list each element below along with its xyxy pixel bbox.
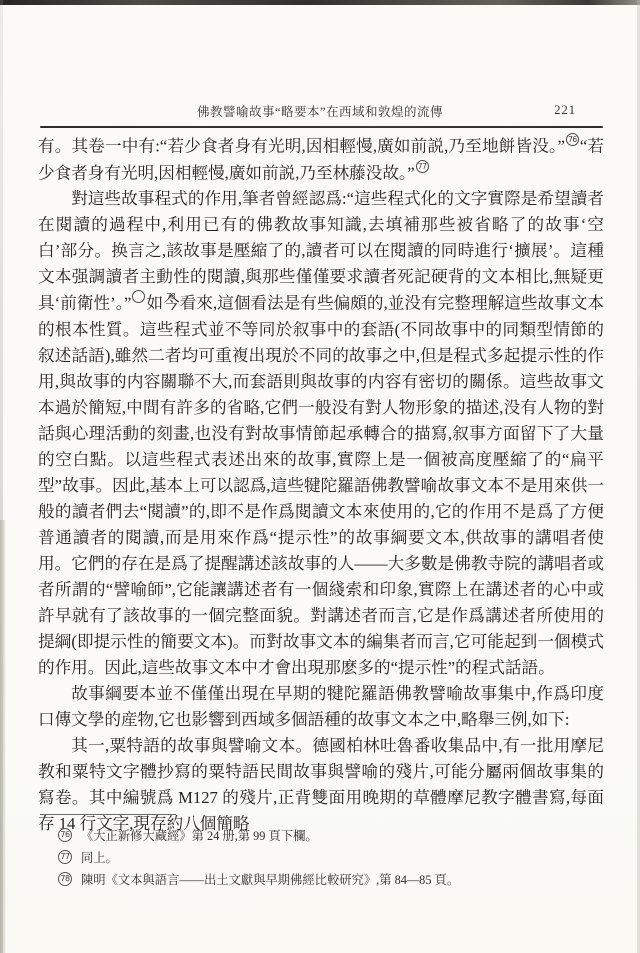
footnote-text: 《大正新修大藏經》第 24 册,第 99 頁下欄。 bbox=[81, 825, 600, 847]
circled-number: 78 bbox=[132, 290, 145, 303]
running-header-title: 佛教譬喻故事“略要本”在西域和敦煌的流傳 bbox=[40, 102, 600, 120]
footnote-ref-marker: 77 bbox=[415, 160, 430, 175]
footnote-ref-marker: 76 bbox=[565, 133, 580, 148]
footnote-text: 陳明《文本與語言——出土文獻與早期佛經比較研究》,第 84—85 頁。 bbox=[81, 869, 600, 891]
header-rule bbox=[40, 126, 603, 128]
paragraph-continuation: 有。其卷一中有:“若少食者身有光明,因相輕慢,廣如前説,乃至地餅皆没。”76“若… bbox=[38, 133, 604, 186]
scan-edge-top bbox=[0, 0, 640, 5]
scan-strip-left-bottom bbox=[0, 520, 6, 953]
circled-number: 76 bbox=[566, 133, 579, 146]
footnote-number: 77 bbox=[58, 850, 72, 864]
footnote-row: 78 陳明《文本與語言——出土文獻與早期佛經比較研究》,第 84—85 頁。 bbox=[40, 869, 600, 891]
footnote-text: 同上。 bbox=[81, 847, 600, 869]
footnote-number: 76 bbox=[58, 828, 72, 842]
footnote-separator bbox=[40, 814, 176, 815]
running-header: 佛教譬喻故事“略要本”在西域和敦煌的流傳 221 bbox=[40, 102, 600, 122]
footnote-number: 78 bbox=[58, 872, 72, 886]
footnote-row: 77 同上。 bbox=[40, 847, 600, 869]
paragraph-commentary: 對這些故事程式的作用,筆者曾經認爲:“這些程式化的文字實際是希望讀者在閱讀的過程… bbox=[38, 186, 604, 681]
footnote-ref-marker: 78 bbox=[131, 290, 146, 305]
footnote-row: 76 《大正新修大藏經》第 24 册,第 99 頁下欄。 bbox=[40, 825, 600, 847]
scanned-book-page: 佛教譬喻故事“略要本”在西域和敦煌的流傳 221 有。其卷一中有:“若少食者身有… bbox=[0, 0, 640, 953]
paragraph-transition: 故事綱要本並不僅僅出現在早期的犍陀羅語佛教譬喻故事集中,作爲印度口傳文學的産物,… bbox=[38, 681, 604, 733]
circled-number: 77 bbox=[416, 160, 429, 173]
footnotes-block: 76 《大正新修大藏經》第 24 册,第 99 頁下欄。 77 同上。 78 陳… bbox=[40, 814, 600, 891]
body-text: 有。其卷一中有:“若少食者身有光明,因相輕慢,廣如前説,乃至地餅皆没。”76“若… bbox=[38, 133, 604, 837]
page-number: 221 bbox=[554, 103, 576, 118]
